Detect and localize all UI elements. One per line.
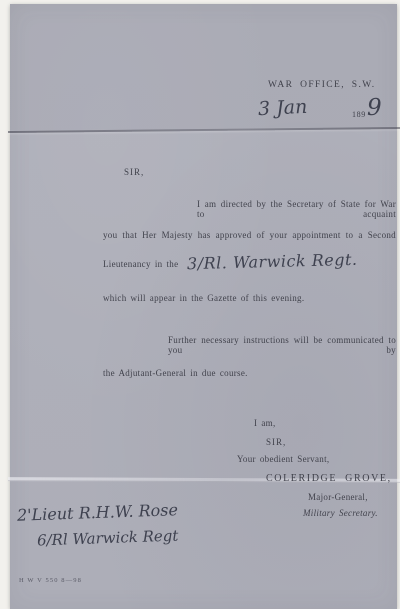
body-para1-line4: which will appear in the Gazette of this… [103, 293, 304, 303]
body-para1-line1: I am directed by the Secretary of State … [197, 199, 396, 219]
body-para2-line2: the Adjutant-General in due course. [103, 368, 248, 378]
signature-name: COLERIDGE GROVE, [266, 473, 392, 484]
scanned-letter-page: WAR OFFICE, S.W. 3 Jan 189 9 SIR, I am d… [0, 0, 400, 609]
signature-title: Military Secretary. [303, 508, 378, 518]
body-para2-line1: Further necessary instructions will be c… [168, 335, 396, 355]
date-handwritten: 3 Jan [257, 96, 307, 121]
regiment-handwritten: 3/Rl. Warwick Regt. [187, 250, 358, 273]
body-para1-line3: Lieutenancy in the 3/Rl. Warwick Regt. [103, 252, 358, 271]
date-year-digit: 9 [367, 95, 382, 121]
closing-servant: Your obedient Servant, [237, 454, 329, 464]
closing-sir: SIR, [266, 437, 286, 447]
closing-i-am: I am, [254, 418, 276, 428]
body-para1-line2: you that Her Majesty has approved of you… [103, 230, 396, 240]
paper-shading [10, 4, 397, 130]
war-office-heading: WAR OFFICE, S.W. [268, 80, 376, 90]
signature-rank: Major-General, [308, 492, 368, 502]
salutation: SIR, [124, 167, 144, 177]
date-printed-prefix: 189 [352, 110, 366, 119]
body-para1-line3-printed: Lieutenancy in the [103, 259, 178, 269]
form-code: H W V 550 8—98 [19, 577, 82, 584]
